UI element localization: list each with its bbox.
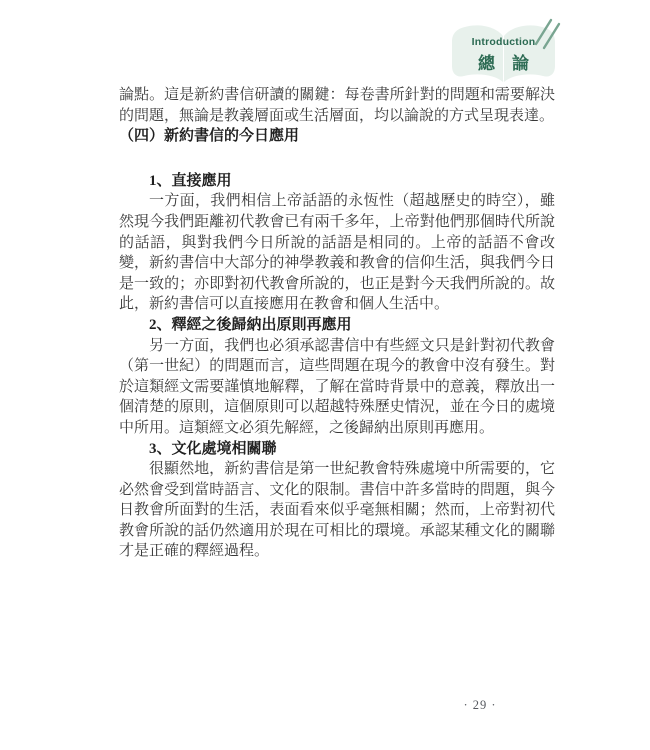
page-content: 論點。這是新約書信研讀的關鍵：每卷書所針對的問題和需要解決的問題，無論是教義層面… [119, 85, 555, 562]
subsection-heading-3: 3、文化處境相關聯 [119, 439, 555, 460]
page-number: · 29 · [438, 698, 522, 713]
chapter-badge: Introduction 總 論 [448, 14, 566, 86]
badge-title-zh: 總 論 [448, 49, 559, 74]
subsection-heading-2: 2、釋經之後歸納出原則再應用 [119, 315, 555, 336]
book-page: Introduction 總 論 論點。這是新約書信研讀的關鍵：每卷書所針對的問… [0, 0, 650, 750]
subsection-paragraph-3: 很顯然地，新約書信是第一世紀教會特殊處境中所需要的，它必然會受到當時語言、文化的… [119, 459, 555, 562]
subsection-paragraph-1: 一方面，我們相信上帝話語的永恆性（超越歷史的時空），雖然現今我們距離初代教會已有… [119, 191, 555, 315]
subsection-heading-1: 1、直接應用 [119, 171, 555, 192]
section-heading: （四）新約書信的今日應用 [119, 126, 555, 147]
intro-paragraph: 論點。這是新約書信研讀的關鍵：每卷書所針對的問題和需要解決的問題，無論是教義層面… [119, 85, 555, 126]
subsection-paragraph-2: 另一方面，我們也必須承認書信中有些經文只是針對初代教會（第一世紀）的問題而言，這… [119, 336, 555, 439]
badge-title-en: Introduction [448, 36, 559, 48]
